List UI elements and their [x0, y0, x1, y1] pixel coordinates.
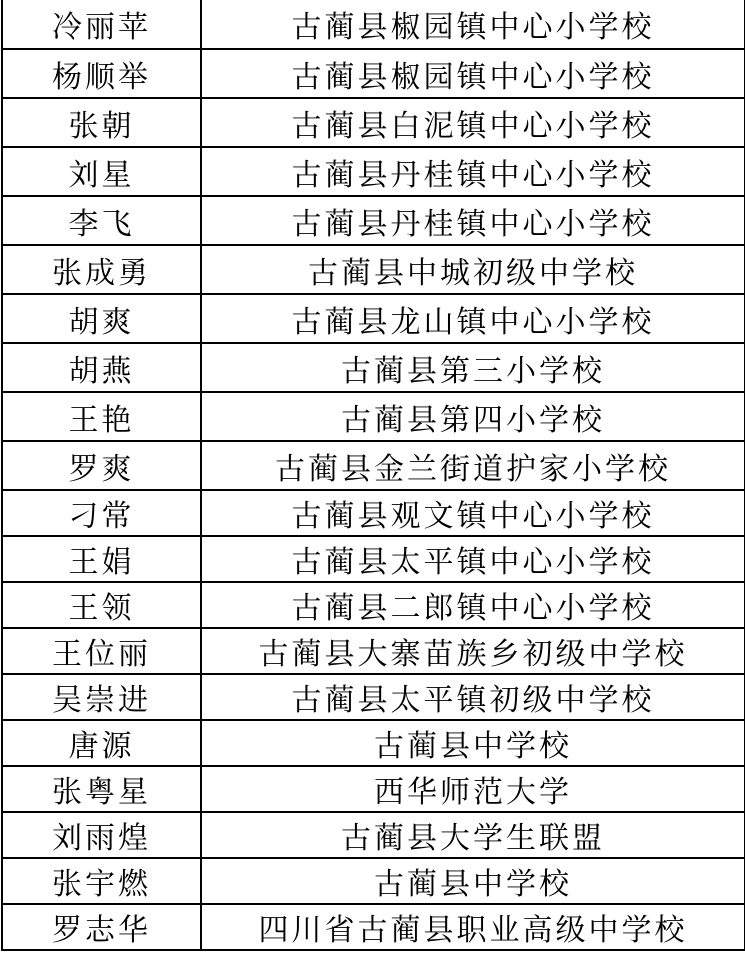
table-row: 王领古蔺县二郎镇中心小学校 — [2, 582, 745, 628]
school-cell: 古蔺县中学校 — [201, 720, 745, 766]
table-row: 胡爽古蔺县龙山镇中心小学校 — [2, 294, 745, 343]
name-cell: 刘星 — [2, 147, 201, 196]
name-cell: 张成勇 — [2, 245, 201, 294]
table-row: 张朝古蔺县白泥镇中心小学校 — [2, 98, 745, 147]
school-cell: 古蔺县第三小学校 — [201, 343, 745, 392]
name-cell: 冷丽苹 — [2, 0, 201, 49]
school-cell: 古蔺县大寨苗族乡初级中学校 — [201, 628, 745, 674]
school-cell: 古蔺县太平镇初级中学校 — [201, 674, 745, 720]
school-cell: 古蔺县白泥镇中心小学校 — [201, 98, 745, 147]
school-cell: 古蔺县太平镇中心小学校 — [201, 536, 745, 582]
table-row: 胡燕古蔺县第三小学校 — [2, 343, 745, 392]
school-cell: 西华师范大学 — [201, 766, 745, 812]
table-row: 张成勇古蔺县中城初级中学校 — [2, 245, 745, 294]
document-page: 冷丽苹古蔺县椒园镇中心小学校杨顺举古蔺县椒园镇中心小学校张朝古蔺县白泥镇中心小学… — [0, 0, 745, 967]
school-cell: 古蔺县大学生联盟 — [201, 812, 745, 858]
name-cell: 杨顺举 — [2, 49, 201, 98]
school-cell: 四川省古蔺县职业高级中学校 — [201, 904, 745, 950]
school-cell: 古蔺县丹桂镇中心小学校 — [201, 147, 745, 196]
school-cell: 古蔺县椒园镇中心小学校 — [201, 49, 745, 98]
school-cell: 古蔺县丹桂镇中心小学校 — [201, 196, 745, 245]
name-cell: 王艳 — [2, 392, 201, 441]
school-cell: 古蔺县二郎镇中心小学校 — [201, 582, 745, 628]
table-row: 王位丽古蔺县大寨苗族乡初级中学校 — [2, 628, 745, 674]
name-cell: 罗志华 — [2, 904, 201, 950]
name-school-table: 冷丽苹古蔺县椒园镇中心小学校杨顺举古蔺县椒园镇中心小学校张朝古蔺县白泥镇中心小学… — [1, 0, 745, 951]
name-cell: 吴崇进 — [2, 674, 201, 720]
name-cell: 罗爽 — [2, 441, 201, 490]
name-cell: 刘雨煌 — [2, 812, 201, 858]
school-cell: 古蔺县第四小学校 — [201, 392, 745, 441]
name-cell: 李飞 — [2, 196, 201, 245]
table-row: 王娟古蔺县太平镇中心小学校 — [2, 536, 745, 582]
table-row: 罗爽古蔺县金兰街道护家小学校 — [2, 441, 745, 490]
table-row: 张粤星西华师范大学 — [2, 766, 745, 812]
school-cell: 古蔺县观文镇中心小学校 — [201, 490, 745, 536]
table-body: 冷丽苹古蔺县椒园镇中心小学校杨顺举古蔺县椒园镇中心小学校张朝古蔺县白泥镇中心小学… — [2, 0, 745, 950]
table-row: 刘雨煌古蔺县大学生联盟 — [2, 812, 745, 858]
table-row: 张宇燃古蔺县中学校 — [2, 858, 745, 904]
table-row: 唐源古蔺县中学校 — [2, 720, 745, 766]
table-row: 罗志华四川省古蔺县职业高级中学校 — [2, 904, 745, 950]
table-row: 刁常古蔺县观文镇中心小学校 — [2, 490, 745, 536]
table-row: 杨顺举古蔺县椒园镇中心小学校 — [2, 49, 745, 98]
school-cell: 古蔺县中学校 — [201, 858, 745, 904]
table-row: 李飞古蔺县丹桂镇中心小学校 — [2, 196, 745, 245]
school-cell: 古蔺县椒园镇中心小学校 — [201, 0, 745, 49]
table-row: 冷丽苹古蔺县椒园镇中心小学校 — [2, 0, 745, 49]
school-cell: 古蔺县龙山镇中心小学校 — [201, 294, 745, 343]
name-cell: 张粤星 — [2, 766, 201, 812]
table-row: 刘星古蔺县丹桂镇中心小学校 — [2, 147, 745, 196]
name-cell: 张朝 — [2, 98, 201, 147]
name-cell: 张宇燃 — [2, 858, 201, 904]
name-cell: 胡燕 — [2, 343, 201, 392]
school-cell: 古蔺县中城初级中学校 — [201, 245, 745, 294]
name-cell: 刁常 — [2, 490, 201, 536]
name-cell: 王位丽 — [2, 628, 201, 674]
table-row: 吴崇进古蔺县太平镇初级中学校 — [2, 674, 745, 720]
name-cell: 王领 — [2, 582, 201, 628]
table-row: 王艳古蔺县第四小学校 — [2, 392, 745, 441]
name-cell: 胡爽 — [2, 294, 201, 343]
name-cell: 唐源 — [2, 720, 201, 766]
name-cell: 王娟 — [2, 536, 201, 582]
school-cell: 古蔺县金兰街道护家小学校 — [201, 441, 745, 490]
